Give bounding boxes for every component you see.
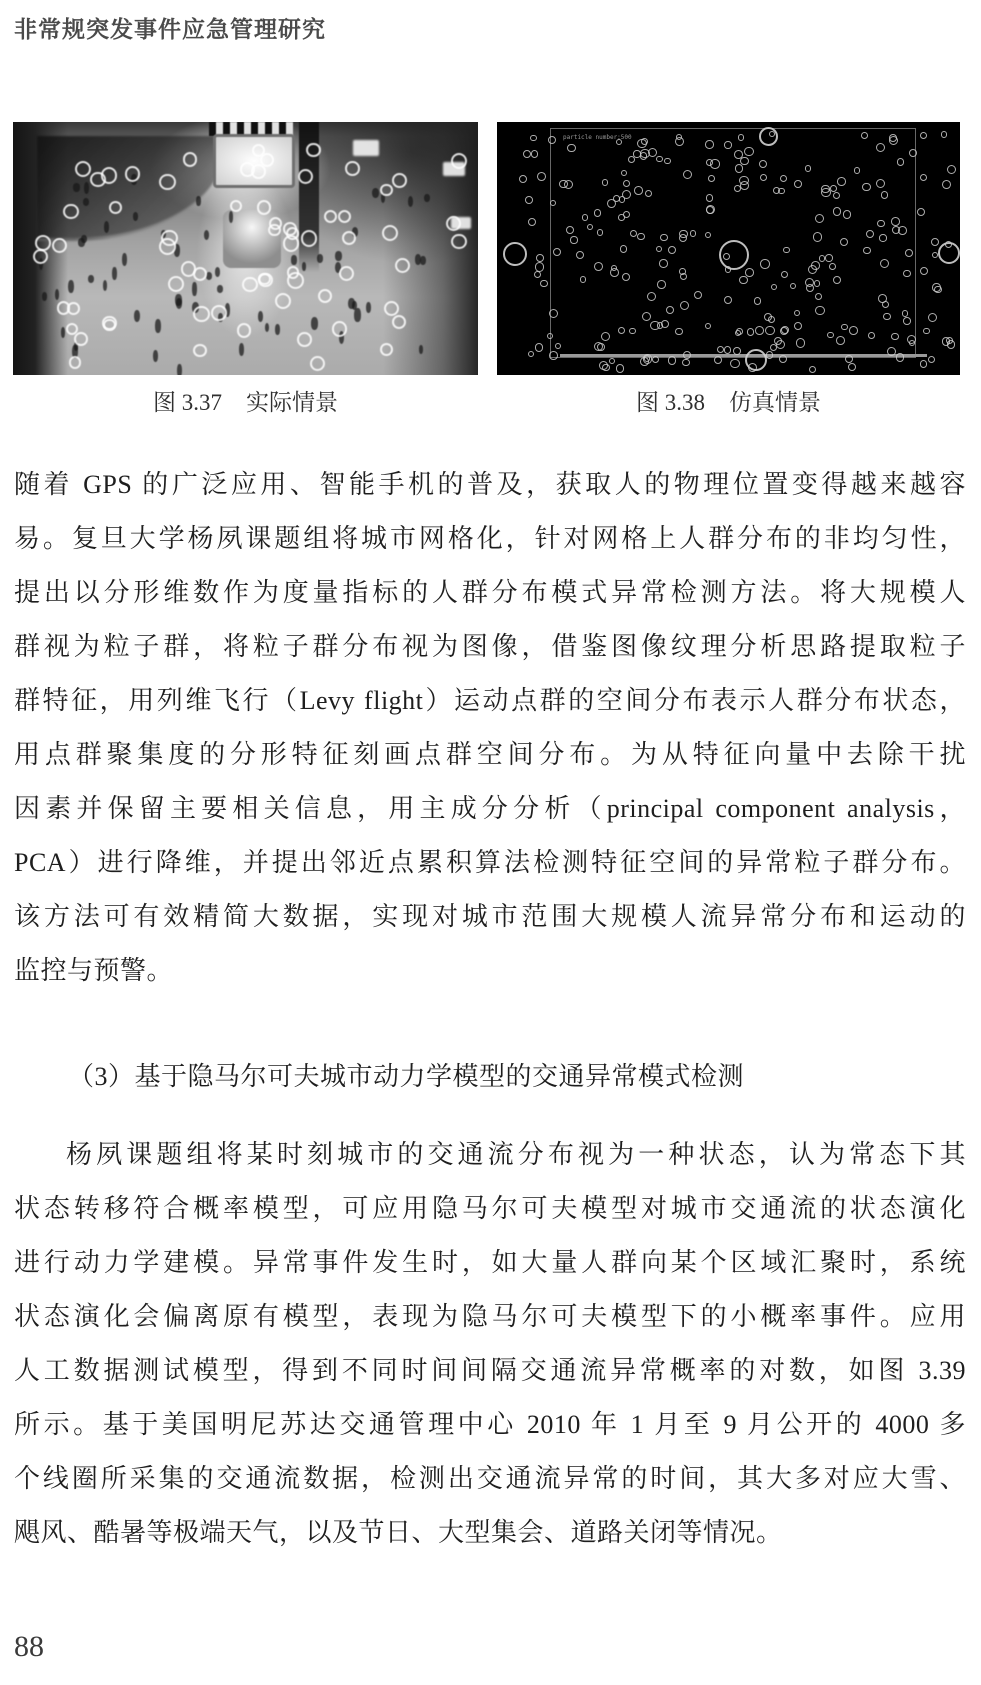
particle — [644, 355, 650, 361]
particle — [815, 214, 824, 223]
particle — [738, 134, 744, 140]
particle — [887, 347, 896, 356]
text-line: 所示。基于美国明尼苏达交通管理中心 2010 年 1 月至 9 月公开的 400… — [14, 1398, 966, 1452]
particle — [705, 232, 711, 238]
particle — [548, 136, 556, 144]
particle — [725, 266, 732, 273]
tracking-circle — [63, 204, 78, 219]
particle — [780, 327, 788, 335]
particle — [682, 359, 689, 366]
pedestrian-blob — [217, 285, 223, 293]
particle — [628, 156, 635, 163]
pedestrian-blob — [103, 280, 108, 291]
tracking-circle — [318, 289, 332, 303]
particle — [724, 141, 731, 148]
particle — [920, 360, 928, 368]
pedestrian-blob — [155, 319, 161, 332]
pedestrian-blob — [68, 280, 74, 293]
figure-caption-label: 图 3.38 — [636, 390, 705, 415]
tracking-circle — [380, 343, 393, 356]
particle — [794, 310, 800, 316]
particle — [609, 358, 615, 364]
tracking-circle — [193, 344, 207, 358]
tracking-circle — [297, 332, 312, 347]
pedestrian-blob — [275, 324, 280, 335]
pedestrian-blob — [335, 251, 342, 261]
particle — [876, 143, 885, 152]
tracking-circle — [260, 153, 274, 167]
pedestrian-blob — [408, 196, 414, 208]
particle — [889, 136, 898, 145]
text-line: 状态转移符合概率模型，可应用隐马尔可夫模型对城市交通流的状态演化 — [14, 1182, 966, 1236]
particle — [923, 328, 929, 334]
tracking-circle — [181, 261, 197, 277]
particle — [735, 330, 741, 336]
particle — [528, 218, 537, 227]
particle — [582, 214, 589, 221]
particle — [733, 347, 741, 355]
particle — [765, 326, 774, 335]
tracking-circle — [395, 258, 410, 273]
particle — [942, 180, 951, 189]
pedestrian-blob — [311, 317, 318, 329]
particle — [897, 158, 904, 165]
particle — [706, 159, 713, 166]
particle — [808, 265, 817, 274]
tracking-circle — [183, 152, 197, 166]
pedestrian-blob — [419, 345, 423, 354]
particle — [540, 280, 547, 287]
particle — [656, 156, 663, 163]
particle — [755, 326, 764, 335]
particle — [597, 229, 604, 236]
text-line: PCA）进行降维，并提出邻近点累积算法检测特征空间的异常粒子群分布。 — [14, 836, 966, 890]
tracking-circle — [69, 356, 81, 368]
particle — [683, 170, 692, 179]
particle — [771, 284, 777, 290]
pedestrian-blob — [88, 275, 94, 283]
particle — [553, 248, 561, 256]
particle — [622, 273, 630, 281]
tracking-circle — [67, 302, 80, 315]
tracking-circle — [339, 266, 354, 281]
pedestrian-blob — [366, 302, 371, 313]
tracking-circle — [242, 277, 257, 292]
tracking-circle — [310, 356, 325, 371]
particle — [519, 175, 527, 183]
particle — [903, 317, 911, 325]
particle — [694, 291, 702, 299]
tracking-circle — [283, 222, 297, 236]
text-line: 个线圈所采集的交通流数据，检测出交通流异常的时间，其大多对应大雪、 — [14, 1452, 966, 1506]
tracking-circle — [268, 224, 280, 236]
pedestrian-blob — [215, 267, 220, 277]
figure-caption-338: 图 3.38仿真情景 — [497, 388, 960, 418]
pedestrian-blob — [42, 292, 47, 301]
particle — [690, 230, 696, 236]
particle — [734, 150, 743, 159]
particle — [547, 333, 554, 340]
text-line: 监控与预警。 — [14, 944, 966, 998]
tracking-circle — [211, 305, 227, 321]
pedestrian-blob — [55, 289, 59, 300]
pedestrian-blob — [83, 198, 89, 206]
tracking-circle — [324, 210, 337, 223]
particle — [537, 172, 546, 181]
particle — [660, 234, 667, 241]
particle — [898, 226, 907, 235]
particle — [525, 196, 533, 204]
particle — [903, 270, 910, 277]
pedestrian-blob — [372, 188, 379, 199]
particle — [879, 234, 886, 241]
particle — [830, 185, 837, 192]
particle-field — [497, 122, 960, 375]
particle — [607, 199, 616, 208]
pedestrian-blob — [196, 196, 200, 206]
particle — [647, 292, 656, 301]
figure-caption-337: 图 3.37实际情景 — [13, 388, 478, 418]
tracking-circle — [109, 201, 122, 214]
tracking-circle — [446, 216, 461, 231]
body-paragraph-1: 随着 GPS 的广泛应用、智能手机的普及，获取人的物理位置变得越来越容易。复旦大… — [14, 458, 966, 998]
particle — [896, 353, 904, 361]
particle — [905, 249, 913, 257]
tracking-circle — [74, 332, 88, 346]
particle — [848, 363, 856, 371]
particle — [637, 233, 644, 240]
pedestrian-blob — [239, 343, 244, 356]
particle — [744, 147, 753, 156]
particle — [833, 276, 841, 284]
text-line: 该方法可有效精简大数据，实现对城市范围大规模人流异常分布和运动的 — [14, 890, 966, 944]
particle — [947, 165, 956, 174]
particle — [599, 361, 608, 370]
particle — [760, 259, 769, 268]
tracking-circle — [298, 169, 313, 184]
particle — [796, 338, 805, 347]
particle — [748, 363, 757, 372]
particle — [619, 196, 625, 202]
particle — [934, 286, 942, 294]
text-line: 用点群聚集度的分形特征刻画点群空间分布。为从特征向量中去除干扰 — [14, 728, 966, 782]
particle — [829, 263, 836, 270]
particle — [668, 356, 677, 365]
particle — [623, 180, 630, 187]
particle — [836, 336, 845, 345]
pedestrian-blob — [134, 310, 140, 322]
particle — [745, 268, 754, 277]
tracking-circle — [275, 293, 291, 309]
particle — [620, 245, 627, 252]
particle — [813, 232, 822, 241]
particle — [666, 306, 674, 314]
tracking-circle — [301, 230, 317, 246]
particle — [854, 167, 861, 174]
particle — [661, 320, 669, 328]
particle — [535, 343, 544, 352]
particle — [675, 328, 682, 335]
tracking-circle — [33, 249, 48, 264]
tracking-circle — [384, 301, 399, 316]
particle — [528, 351, 534, 357]
figure-simulation: particle number:500 — [497, 122, 960, 375]
particle — [570, 236, 577, 243]
particle — [534, 271, 541, 278]
figure-caption-label: 图 3.37 — [153, 390, 222, 415]
pedestrian-blob — [176, 298, 183, 309]
particle — [676, 134, 682, 140]
pedestrian-blob — [112, 267, 116, 280]
particle — [861, 132, 868, 139]
body-paragraph-2: 杨夙课题组将某时刻城市的交通流分布视为一种状态，认为常态下其状态转移符合概率模型… — [14, 1128, 966, 1560]
pedestrian-blob — [317, 254, 323, 263]
pedestrian-blob — [177, 364, 181, 375]
particle — [523, 150, 531, 158]
pedestrian-blob — [424, 194, 430, 202]
particle — [567, 144, 575, 152]
page-header: 非常规突发事件应急管理研究 — [14, 14, 954, 46]
pedestrian-blob — [122, 253, 127, 266]
particle — [849, 326, 858, 335]
tracking-circle — [380, 184, 393, 197]
particle — [877, 220, 885, 228]
particle — [740, 157, 749, 166]
particle — [679, 230, 688, 239]
particle — [621, 170, 627, 176]
particle — [827, 332, 834, 339]
pedestrian-blob — [73, 183, 80, 191]
tracking-circle — [338, 210, 351, 223]
particle — [766, 351, 774, 359]
particle — [724, 296, 732, 304]
particle — [833, 207, 841, 215]
tracking-circle — [451, 234, 466, 249]
particle — [680, 273, 687, 280]
particle — [809, 366, 816, 373]
tracking-circle — [382, 225, 398, 241]
particle — [868, 332, 875, 339]
particle — [931, 238, 939, 246]
particle — [941, 131, 948, 138]
particle — [652, 356, 659, 363]
particle — [739, 176, 748, 185]
tracking-circle — [237, 323, 251, 337]
particle — [805, 165, 811, 171]
particle — [659, 259, 668, 268]
pedestrian-blob — [78, 238, 84, 247]
particle — [837, 177, 846, 186]
pedestrian-blob — [354, 308, 360, 321]
particle — [656, 246, 662, 252]
particle — [637, 139, 646, 148]
tracking-circle — [287, 272, 304, 289]
pedestrian-blob — [133, 212, 139, 221]
particle — [764, 313, 772, 321]
pedestrian-blob — [204, 230, 210, 240]
particle — [683, 351, 692, 360]
particle — [640, 152, 647, 159]
particle — [611, 265, 617, 271]
particle — [616, 364, 624, 372]
particle — [724, 346, 732, 354]
particle — [564, 180, 573, 189]
particle — [549, 351, 558, 360]
particle — [843, 210, 852, 219]
particle — [642, 312, 651, 321]
particle — [920, 132, 927, 139]
particle — [623, 211, 630, 218]
particle — [754, 297, 762, 305]
text-line: 状态演化会偏离原有模型，表现为隐马尔可夫模型下的小概率事件。应用 — [14, 1290, 966, 1344]
particle — [630, 230, 638, 238]
tracking-circle — [451, 153, 468, 170]
particle — [945, 241, 952, 248]
pedestrian-blob — [265, 323, 269, 332]
particle — [821, 185, 830, 194]
particle — [814, 280, 820, 286]
text-line: 随着 GPS 的广泛应用、智能手机的普及，获取人的物理位置变得越来越容 — [14, 458, 966, 512]
particle — [530, 135, 536, 141]
particle — [730, 359, 739, 368]
tracking-circle — [159, 174, 176, 191]
particle — [815, 293, 822, 300]
section-heading: （3）基于隐马尔可夫城市动力学模型的交通异常模式检测 — [14, 1050, 981, 1104]
particle — [668, 246, 676, 254]
particle — [825, 254, 832, 261]
particle — [735, 164, 744, 173]
tracking-circle — [257, 200, 271, 214]
tracking-circle — [240, 162, 255, 177]
particle — [902, 310, 909, 317]
tracking-circle — [193, 306, 210, 323]
particle — [549, 309, 558, 318]
particle — [634, 186, 643, 195]
particle — [863, 247, 871, 255]
particle — [862, 183, 871, 192]
text-line: 因素并保留主要相关信息，用主成分分析（principal component a… — [14, 782, 966, 836]
particle — [714, 356, 722, 364]
particle — [928, 356, 935, 363]
particle — [882, 301, 889, 308]
particle — [664, 158, 670, 164]
pedestrian-blob — [206, 272, 212, 280]
particle — [928, 313, 937, 322]
particle — [594, 262, 603, 271]
pedestrian-blob — [153, 350, 158, 362]
particle — [657, 280, 666, 289]
tracking-overlay — [13, 122, 478, 375]
particle — [779, 355, 788, 364]
particle — [815, 306, 824, 315]
tracking-circle — [392, 173, 407, 188]
text-line: 群特征，用列维飞行（Levy flight）运动点群的空间分布表示人群分布状态， — [14, 674, 966, 728]
particle — [739, 276, 748, 285]
particle — [747, 328, 754, 335]
tracking-circle — [159, 238, 176, 255]
tracking-circle — [332, 321, 347, 336]
particle — [705, 323, 711, 329]
particle — [917, 208, 926, 217]
text-line: 杨夙课题组将某时刻城市的交通流分布视为一种状态，认为常态下其 — [14, 1128, 966, 1182]
particle — [566, 226, 574, 234]
tracking-circle — [103, 319, 116, 332]
particle — [629, 328, 635, 334]
particle — [587, 224, 593, 230]
particle — [594, 209, 602, 217]
particle — [794, 322, 802, 330]
text-line: 进行动力学建模。异常事件发生时，如大量人群向某个区域汇聚时，系统 — [14, 1236, 966, 1290]
particle — [706, 206, 714, 214]
text-line: 易。复旦大学杨夙课题组将城市网格化，针对网格上人群分布的非均匀性， — [14, 512, 966, 566]
pedestrian-blob — [84, 182, 89, 195]
particle — [723, 253, 730, 260]
text-line: 飓风、酷暑等极端天气，以及节日、大型集会、道路关闭等情况。 — [14, 1506, 966, 1560]
text-line: 人工数据测试模型，得到不同时间间隔交通流异常概率的对数，如图 3.39 — [14, 1344, 966, 1398]
tracking-circle — [168, 276, 184, 292]
figure-caption-title: 仿真情景 — [729, 390, 821, 415]
pedestrian-blob — [291, 255, 296, 265]
pedestrian-blob — [192, 282, 196, 296]
particle — [920, 267, 928, 275]
particle — [550, 200, 556, 206]
page-number: 88 — [14, 1630, 44, 1664]
particle — [833, 192, 840, 199]
particle — [618, 327, 625, 334]
figure-caption-title: 实际情景 — [246, 390, 338, 415]
particle — [781, 271, 788, 278]
particle — [946, 337, 953, 344]
particle — [819, 255, 825, 261]
figure-real-scene — [13, 122, 478, 375]
pedestrian-blob — [104, 221, 110, 233]
particle — [881, 191, 889, 199]
pedestrian-blob — [258, 311, 263, 322]
pedestrian-blob — [302, 262, 306, 270]
tracking-circle — [52, 238, 67, 253]
particle — [706, 194, 713, 201]
tracking-circle — [125, 166, 141, 182]
particle — [932, 252, 938, 258]
particle — [891, 333, 898, 340]
tracking-circle — [75, 161, 91, 177]
pedestrian-blob — [61, 327, 65, 338]
particle — [597, 343, 606, 352]
text-line: 群视为粒子群，将粒子群分布视为图像，借鉴图像纹理分析思路提取粒子 — [14, 620, 966, 674]
particle — [794, 180, 802, 188]
particle — [580, 276, 586, 282]
pedestrian-blob — [229, 211, 233, 222]
particle — [883, 313, 890, 320]
particle — [555, 343, 561, 349]
particle — [790, 283, 796, 289]
pedestrian-blob — [420, 256, 426, 265]
particle — [536, 254, 544, 262]
tracking-circle — [345, 161, 360, 176]
text-line: 提出以分形维数作为度量指标的人群分布模式异常检测方法。将大规模人 — [14, 566, 966, 620]
particle — [840, 238, 848, 246]
particle — [616, 139, 622, 145]
particle — [880, 259, 889, 268]
large-particle — [503, 242, 527, 266]
particle — [531, 150, 538, 157]
particle — [705, 140, 713, 148]
particle — [876, 179, 885, 188]
tracking-circle — [392, 315, 406, 329]
particle — [891, 217, 900, 226]
particle — [841, 324, 847, 330]
particle — [708, 175, 715, 182]
